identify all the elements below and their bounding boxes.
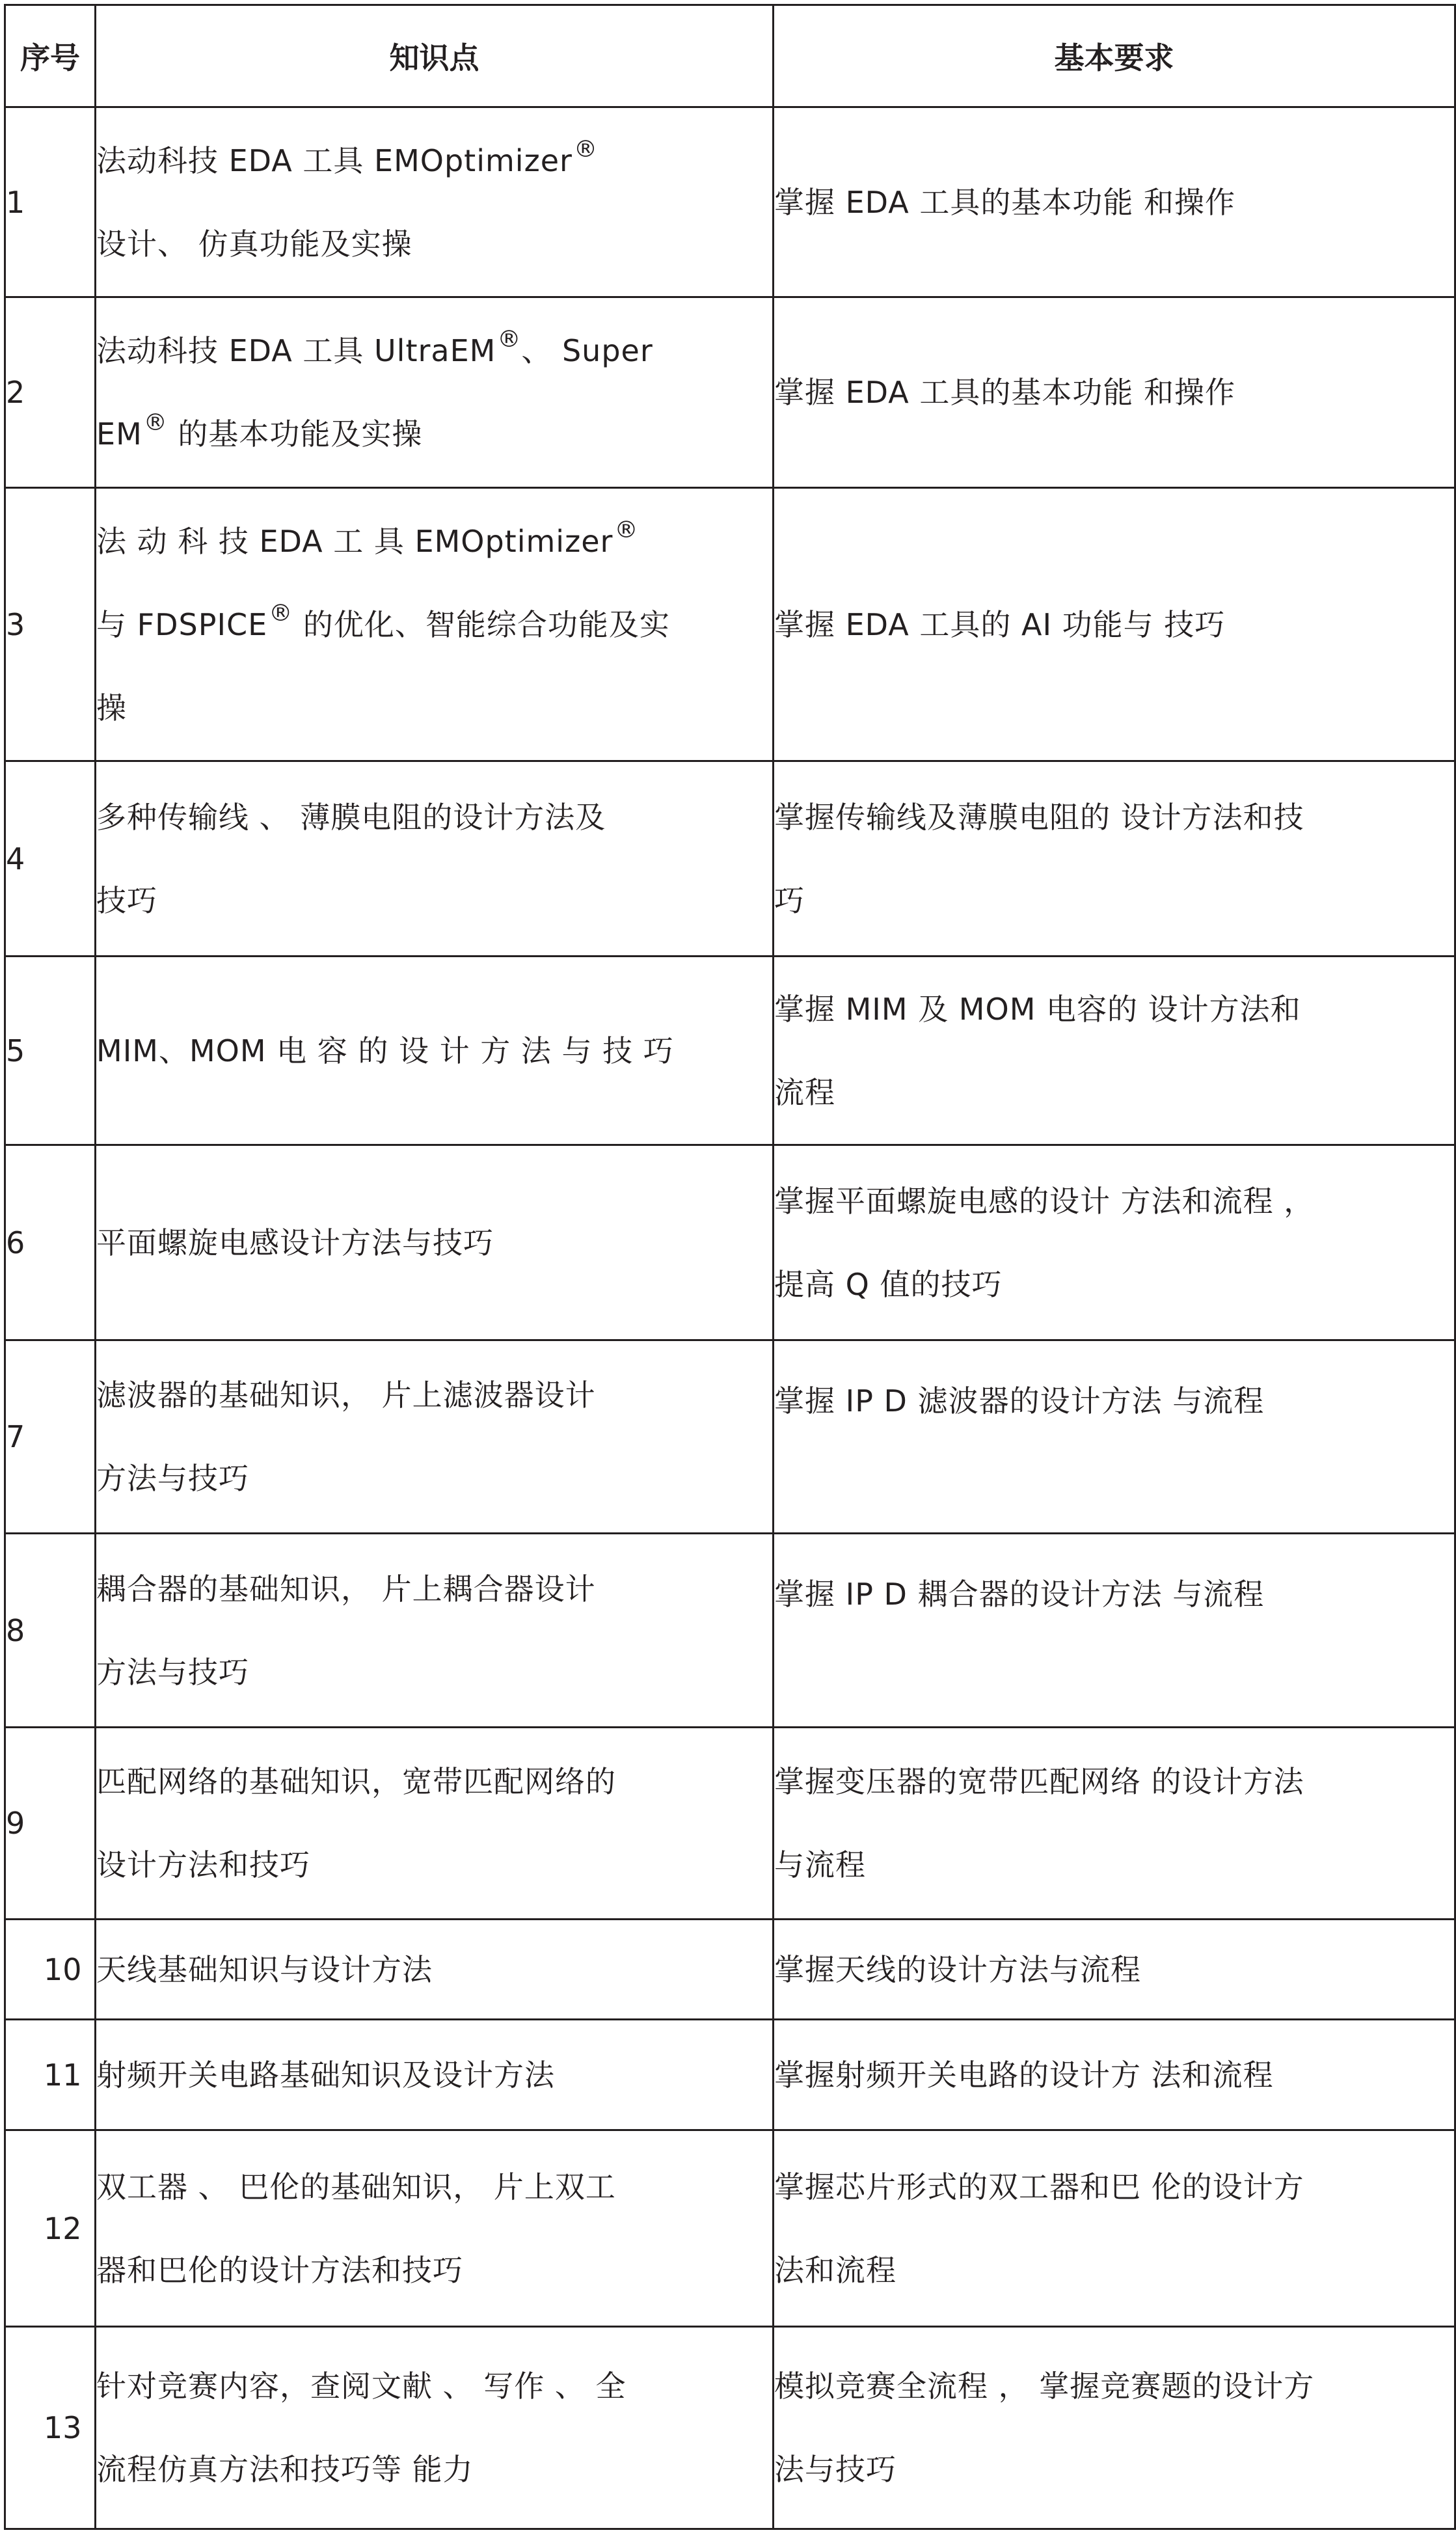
basic-requirement-cell: 掌握 EDA 工具的 AI 功能与 技巧 (774, 488, 1455, 761)
knowledge-point-cell: 多种传输线 、 薄膜电阻的设计方法及技巧 (96, 761, 774, 957)
line-text: 掌握变压器的宽带匹配网络 的设计方法 (774, 1764, 1304, 1799)
basic-requirement-cell: 掌握 IP D 滤波器的设计方法 与流程 (774, 1340, 1455, 1534)
table-row: 2法动科技 EDA 工具 UltraEM®、 SuperEM® 的基本功能及实操… (5, 297, 1455, 488)
line-text: 与流程 (774, 1847, 866, 1882)
line-text: 掌握 EDA 工具的 AI 功能与 技巧 (774, 607, 1225, 642)
text-line: 法与技巧 (774, 2428, 1454, 2511)
text-line: 法 动 科 技 EDA 工 具 EMOptimizer® (96, 500, 772, 583)
line-text: 掌握 EDA 工具的基本功能 和操作 (774, 375, 1235, 410)
basic-requirement-cell: 掌握 MIM 及 MOM 电容的 设计方法和流程 (774, 957, 1455, 1145)
line-text: 掌握 IP D 耦合器的设计方法 与流程 (774, 1577, 1264, 1612)
basic-requirement-cell: 掌握 EDA 工具的基本功能 和操作 (774, 297, 1455, 488)
line-text: 掌握 MIM 及 MOM 电容的 设计方法和 (774, 992, 1301, 1027)
text-line: 技巧 (96, 859, 772, 942)
text-line: 掌握 EDA 工具的基本功能 和操作 (774, 351, 1454, 434)
basic-requirement-cell: 掌握 IP D 耦合器的设计方法 与流程 (774, 1534, 1455, 1728)
text-line: 提高 Q 值的技巧 (774, 1243, 1454, 1326)
text-line: MIM、MOM 电 容 的 设 计 方 法 与 技 巧 (96, 1009, 772, 1093)
table-row: 3法 动 科 技 EDA 工 具 EMOptimizer®与 FDSPICE® … (5, 488, 1455, 761)
line-text: 掌握天线的设计方法与流程 (774, 1952, 1141, 1987)
line-text: 掌握 EDA 工具的基本功能 和操作 (774, 185, 1235, 220)
text-line: 掌握 MIM 及 MOM 电容的 设计方法和 (774, 968, 1454, 1051)
knowledge-point-cell: 射频开关电路基础知识及设计方法 (96, 2020, 774, 2130)
text-line: 针对竞赛内容，查阅文献 、 写作 、 全 (96, 2344, 772, 2428)
text-line: 流程 (774, 1051, 1454, 1134)
text-line: 掌握 IP D 耦合器的设计方法 与流程 (774, 1553, 1454, 1636)
knowledge-point-cell: 双工器 、 巴伦的基础知识， 片上双工器和巴伦的设计方法和技巧 (96, 2130, 774, 2327)
table-row: 4多种传输线 、 薄膜电阻的设计方法及技巧掌握传输线及薄膜电阻的 设计方法和技巧 (5, 761, 1455, 957)
knowledge-point-cell: 天线基础知识与设计方法 (96, 1920, 774, 2020)
knowledge-point-cell: 法动科技 EDA 工具 UltraEM®、 SuperEM® 的基本功能及实操 (96, 297, 774, 488)
text-line: 方法与技巧 (96, 1437, 772, 1520)
syllabus-table: 序号 知识点 基本要求 1法动科技 EDA 工具 EMOptimizer®设计、… (4, 4, 1456, 2530)
line-text: 流程仿真方法和技巧等 能力 (96, 2452, 474, 2487)
row-number: 8 (5, 1534, 96, 1728)
line-text: 器和巴伦的设计方法和技巧 (96, 2253, 463, 2288)
row-number: 1 (5, 107, 96, 297)
line-text: 操 (96, 690, 127, 726)
line-text: 耦合器的基础知识， 片上耦合器设计 (96, 1571, 596, 1607)
text-line: 掌握变压器的宽带匹配网络 的设计方法 (774, 1740, 1454, 1823)
line-text: 提高 Q 值的技巧 (774, 1267, 1002, 1302)
table-row: 8耦合器的基础知识， 片上耦合器设计方法与技巧掌握 IP D 耦合器的设计方法 … (5, 1534, 1455, 1728)
table-row: 7滤波器的基础知识， 片上滤波器设计方法与技巧掌握 IP D 滤波器的设计方法 … (5, 1340, 1455, 1534)
registered-trademark-icon: ® (269, 600, 293, 627)
text-line: 设计、 仿真功能及实操 (96, 202, 772, 286)
table-body: 1法动科技 EDA 工具 EMOptimizer®设计、 仿真功能及实操掌握 E… (5, 107, 1455, 2529)
text-line: 掌握平面螺旋电感的设计 方法和流程 ， (774, 1160, 1454, 1243)
text-line: 掌握天线的设计方法与流程 (774, 1928, 1454, 2011)
text-line: 法和流程 (774, 2229, 1454, 2312)
row-number: 3 (5, 488, 96, 761)
line-text: 设计、 仿真功能及实操 (96, 226, 412, 262)
text-line: 巧 (774, 859, 1454, 942)
table-row: 6平面螺旋电感设计方法与技巧掌握平面螺旋电感的设计 方法和流程 ，提高 Q 值的… (5, 1145, 1455, 1340)
registered-trademark-icon: ® (497, 326, 521, 353)
text-line: 掌握芯片形式的双工器和巴 伦的设计方 (774, 2145, 1454, 2229)
line-text: 掌握平面螺旋电感的设计 方法和流程 ， (774, 1184, 1314, 1219)
row-number: 11 (5, 2020, 96, 2130)
text-line: 掌握传输线及薄膜电阻的 设计方法和技 (774, 776, 1454, 859)
basic-requirement-cell: 掌握天线的设计方法与流程 (774, 1920, 1455, 2020)
registered-trademark-icon: ® (614, 517, 638, 543)
line-text: 法 动 科 技 EDA 工 具 EMOptimizer (96, 524, 613, 559)
text-line: 方法与技巧 (96, 1631, 772, 1714)
row-number: 10 (5, 1920, 96, 2020)
line-text: 法动科技 EDA 工具 UltraEM (96, 333, 496, 368)
text-line: 掌握 EDA 工具的 AI 功能与 技巧 (774, 583, 1454, 666)
line-text: 与 FDSPICE (96, 607, 267, 642)
basic-requirement-cell: 掌握芯片形式的双工器和巴 伦的设计方法和流程 (774, 2130, 1455, 2327)
knowledge-point-cell: 针对竞赛内容，查阅文献 、 写作 、 全流程仿真方法和技巧等 能力 (96, 2327, 774, 2529)
text-line: 天线基础知识与设计方法 (96, 1928, 772, 2011)
column-header-knowledge-point: 知识点 (96, 5, 774, 107)
text-line: 掌握 IP D 滤波器的设计方法 与流程 (774, 1359, 1454, 1443)
text-line: 匹配网络的基础知识，宽带匹配网络的 (96, 1740, 772, 1823)
line-text-after: 的优化、智能综合功能及实 (293, 607, 670, 642)
text-line: 掌握射频开关电路的设计方 法和流程 (774, 2033, 1454, 2117)
table-row: 5MIM、MOM 电 容 的 设 计 方 法 与 技 巧掌握 MIM 及 MOM… (5, 957, 1455, 1145)
text-line: EM® 的基本功能及实操 (96, 392, 772, 476)
text-line: 流程仿真方法和技巧等 能力 (96, 2428, 772, 2511)
text-line: 器和巴伦的设计方法和技巧 (96, 2229, 772, 2312)
line-text: 天线基础知识与设计方法 (96, 1952, 433, 1987)
line-text: 模拟竞赛全流程 ， 掌握竞赛题的设计方 (774, 2369, 1314, 2404)
line-text: 掌握传输线及薄膜电阻的 设计方法和技 (774, 800, 1304, 835)
line-text: 法动科技 EDA 工具 EMOptimizer (96, 143, 573, 178)
line-text-after: 的基本功能及实操 (168, 416, 423, 452)
row-number: 7 (5, 1340, 96, 1534)
text-line: 多种传输线 、 薄膜电阻的设计方法及 (96, 776, 772, 859)
line-text: 方法与技巧 (96, 1655, 249, 1690)
text-line: 掌握 EDA 工具的基本功能 和操作 (774, 161, 1454, 244)
text-line: 法动科技 EDA 工具 UltraEM®、 Super (96, 309, 772, 392)
line-text: 平面螺旋电感设计方法与技巧 (96, 1225, 494, 1260)
text-line: 操 (96, 666, 772, 750)
registered-trademark-icon: ® (574, 136, 598, 163)
row-number: 13 (5, 2327, 96, 2529)
line-text: 双工器 、 巴伦的基础知识， 片上双工 (96, 2169, 616, 2205)
basic-requirement-cell: 掌握 EDA 工具的基本功能 和操作 (774, 107, 1455, 297)
line-text: EM (96, 416, 142, 452)
syllabus-sheet: 序号 知识点 基本要求 1法动科技 EDA 工具 EMOptimizer®设计、… (4, 4, 1454, 2530)
table-header-row: 序号 知识点 基本要求 (5, 5, 1455, 107)
line-text: 流程 (774, 1075, 835, 1110)
text-line: 射频开关电路基础知识及设计方法 (96, 2033, 772, 2117)
line-text: 掌握芯片形式的双工器和巴 伦的设计方 (774, 2169, 1304, 2205)
line-text: 滤波器的基础知识， 片上滤波器设计 (96, 1378, 596, 1413)
line-text: 掌握射频开关电路的设计方 法和流程 (774, 2057, 1274, 2093)
row-number: 5 (5, 957, 96, 1145)
line-text: 多种传输线 、 薄膜电阻的设计方法及 (96, 800, 606, 835)
basic-requirement-cell: 掌握射频开关电路的设计方 法和流程 (774, 2020, 1455, 2130)
text-line: 平面螺旋电感设计方法与技巧 (96, 1201, 772, 1284)
text-line: 设计方法和技巧 (96, 1823, 772, 1907)
line-text: 法与技巧 (774, 2452, 897, 2487)
text-line: 模拟竞赛全流程 ， 掌握竞赛题的设计方 (774, 2344, 1454, 2428)
knowledge-point-cell: 耦合器的基础知识， 片上耦合器设计方法与技巧 (96, 1534, 774, 1728)
text-line: 法动科技 EDA 工具 EMOptimizer® (96, 119, 772, 202)
line-text: 射频开关电路基础知识及设计方法 (96, 2057, 555, 2093)
line-text: 设计方法和技巧 (96, 1847, 310, 1882)
line-text: 针对竞赛内容，查阅文献 、 写作 、 全 (96, 2369, 627, 2404)
knowledge-point-cell: MIM、MOM 电 容 的 设 计 方 法 与 技 巧 (96, 957, 774, 1145)
row-number: 9 (5, 1728, 96, 1920)
table-row: 1法动科技 EDA 工具 EMOptimizer®设计、 仿真功能及实操掌握 E… (5, 107, 1455, 297)
text-line: 双工器 、 巴伦的基础知识， 片上双工 (96, 2145, 772, 2229)
column-header-basic-requirement: 基本要求 (774, 5, 1455, 107)
row-number: 12 (5, 2130, 96, 2327)
row-number: 4 (5, 761, 96, 957)
knowledge-point-cell: 平面螺旋电感设计方法与技巧 (96, 1145, 774, 1340)
row-number: 2 (5, 297, 96, 488)
line-text-after: 、 Super (521, 333, 653, 368)
table-row: 11射频开关电路基础知识及设计方法掌握射频开关电路的设计方 法和流程 (5, 2020, 1455, 2130)
column-header-no: 序号 (5, 5, 96, 107)
line-text: 技巧 (96, 883, 157, 918)
knowledge-point-cell: 匹配网络的基础知识，宽带匹配网络的设计方法和技巧 (96, 1728, 774, 1920)
text-line: 与流程 (774, 1823, 1454, 1907)
text-line: 滤波器的基础知识， 片上滤波器设计 (96, 1353, 772, 1437)
basic-requirement-cell: 掌握传输线及薄膜电阻的 设计方法和技巧 (774, 761, 1455, 957)
table-row: 12双工器 、 巴伦的基础知识， 片上双工器和巴伦的设计方法和技巧掌握芯片形式的… (5, 2130, 1455, 2327)
table-row: 13针对竞赛内容，查阅文献 、 写作 、 全流程仿真方法和技巧等 能力模拟竞赛全… (5, 2327, 1455, 2529)
line-text: MIM、MOM 电 容 的 设 计 方 法 与 技 巧 (96, 1033, 674, 1068)
text-line: 与 FDSPICE® 的优化、智能综合功能及实 (96, 583, 772, 666)
basic-requirement-cell: 模拟竞赛全流程 ， 掌握竞赛题的设计方法与技巧 (774, 2327, 1455, 2529)
basic-requirement-cell: 掌握变压器的宽带匹配网络 的设计方法与流程 (774, 1728, 1455, 1920)
registered-trademark-icon: ® (144, 409, 168, 436)
text-line: 耦合器的基础知识， 片上耦合器设计 (96, 1547, 772, 1631)
knowledge-point-cell: 滤波器的基础知识， 片上滤波器设计方法与技巧 (96, 1340, 774, 1534)
table-row: 10天线基础知识与设计方法掌握天线的设计方法与流程 (5, 1920, 1455, 2020)
line-text: 法和流程 (774, 2253, 897, 2288)
line-text: 方法与技巧 (96, 1461, 249, 1496)
knowledge-point-cell: 法动科技 EDA 工具 EMOptimizer®设计、 仿真功能及实操 (96, 107, 774, 297)
line-text: 掌握 IP D 滤波器的设计方法 与流程 (774, 1383, 1264, 1419)
line-text: 巧 (774, 883, 805, 918)
knowledge-point-cell: 法 动 科 技 EDA 工 具 EMOptimizer®与 FDSPICE® 的… (96, 488, 774, 761)
basic-requirement-cell: 掌握平面螺旋电感的设计 方法和流程 ，提高 Q 值的技巧 (774, 1145, 1455, 1340)
line-text: 匹配网络的基础知识，宽带匹配网络的 (96, 1764, 616, 1799)
table-row: 9匹配网络的基础知识，宽带匹配网络的设计方法和技巧掌握变压器的宽带匹配网络 的设… (5, 1728, 1455, 1920)
row-number: 6 (5, 1145, 96, 1340)
